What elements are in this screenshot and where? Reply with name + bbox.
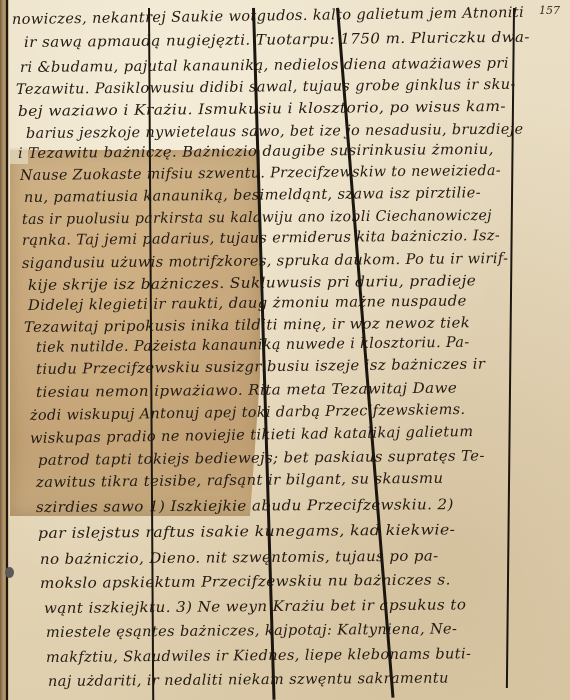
text-line-26: mokslo apskiektum Przecifzewskiu nu bażn… bbox=[40, 572, 451, 592]
text-line-12: sigandusiu użuwis motrifzkores, spruka d… bbox=[22, 251, 509, 272]
text-line-5: bej waziawo i Krażiu. Ismukusiu i kloszt… bbox=[18, 99, 506, 120]
text-line-24: par islejstus raftus isakie kunegams, ka… bbox=[38, 522, 455, 542]
manuscript-page: 157 nowiczes, nekantrej Saukie wotgudos.… bbox=[0, 0, 570, 700]
text-line-13: kije skrije isz bażniczes. Sukluwusis pr… bbox=[28, 273, 476, 294]
text-line-15: Tezawitaj pripokusis inika tilditi minę,… bbox=[24, 315, 470, 336]
text-line-17: tiudu Przecifzewskiu susizgribusiu iszej… bbox=[36, 357, 486, 378]
text-line-27: wąnt iszkiejktu. 3) Ne weyn Krażiu bet i… bbox=[44, 597, 466, 617]
text-line-9: nu, pamatiusia kanauniką, besimeldąnt, s… bbox=[24, 185, 481, 206]
text-line-23: szirdies sawo 1) Iszkiejkie abudu Przeci… bbox=[36, 497, 454, 516]
text-line-2: ir sawą apmaudą nugiejęzti. Tuotarpu: 17… bbox=[24, 30, 530, 51]
text-line-16: tiek nutilde. Pażeista kanauniką nuwede … bbox=[36, 335, 470, 356]
text-line-29: makfztiu, Skaudwiles ir Kiednes, liepe k… bbox=[46, 646, 471, 666]
text-line-4: Tezawitu. Pasiklowusiu didibi sawal, tuj… bbox=[16, 77, 516, 98]
text-line-10: tas ir puolusiu parkirsta su kalawiju an… bbox=[22, 208, 492, 228]
text-line-8: Nause Zuokaste mifsiu szwentu. Przecifze… bbox=[20, 163, 501, 184]
text-line-1: nowiczes, nekantrej Saukie wotgudos. kal… bbox=[12, 5, 524, 28]
text-line-3: ri &budamu, pajutal kanauniką, nedielos … bbox=[20, 56, 509, 76]
text-line-6: barius jeszkoje nywietelaus sawo, bet iz… bbox=[26, 122, 524, 142]
text-line-19: żodi wiskupuj Antonuj apej toki darbą Pr… bbox=[30, 402, 466, 424]
text-line-28: miestele ęsąntes bażniczes, kajpotaj: Ka… bbox=[46, 621, 457, 641]
handwritten-text-block: nowiczes, nekantrej Saukie wotgudos. kal… bbox=[0, 0, 570, 700]
text-line-21: patrod tapti tokiejs bediewejs; bet pask… bbox=[38, 448, 485, 469]
text-line-22: zawitus tikra teisibe, rafsąnt ir bilgan… bbox=[36, 471, 444, 491]
text-line-18: tiesiau nemon ipważiawo. Rita meta Tezaw… bbox=[36, 381, 457, 401]
text-line-14: Didelej klegieti ir raukti, daug żmoniu … bbox=[28, 293, 467, 314]
text-line-20: wiskupas pradio ne noviejie tikieti kad … bbox=[30, 424, 474, 447]
